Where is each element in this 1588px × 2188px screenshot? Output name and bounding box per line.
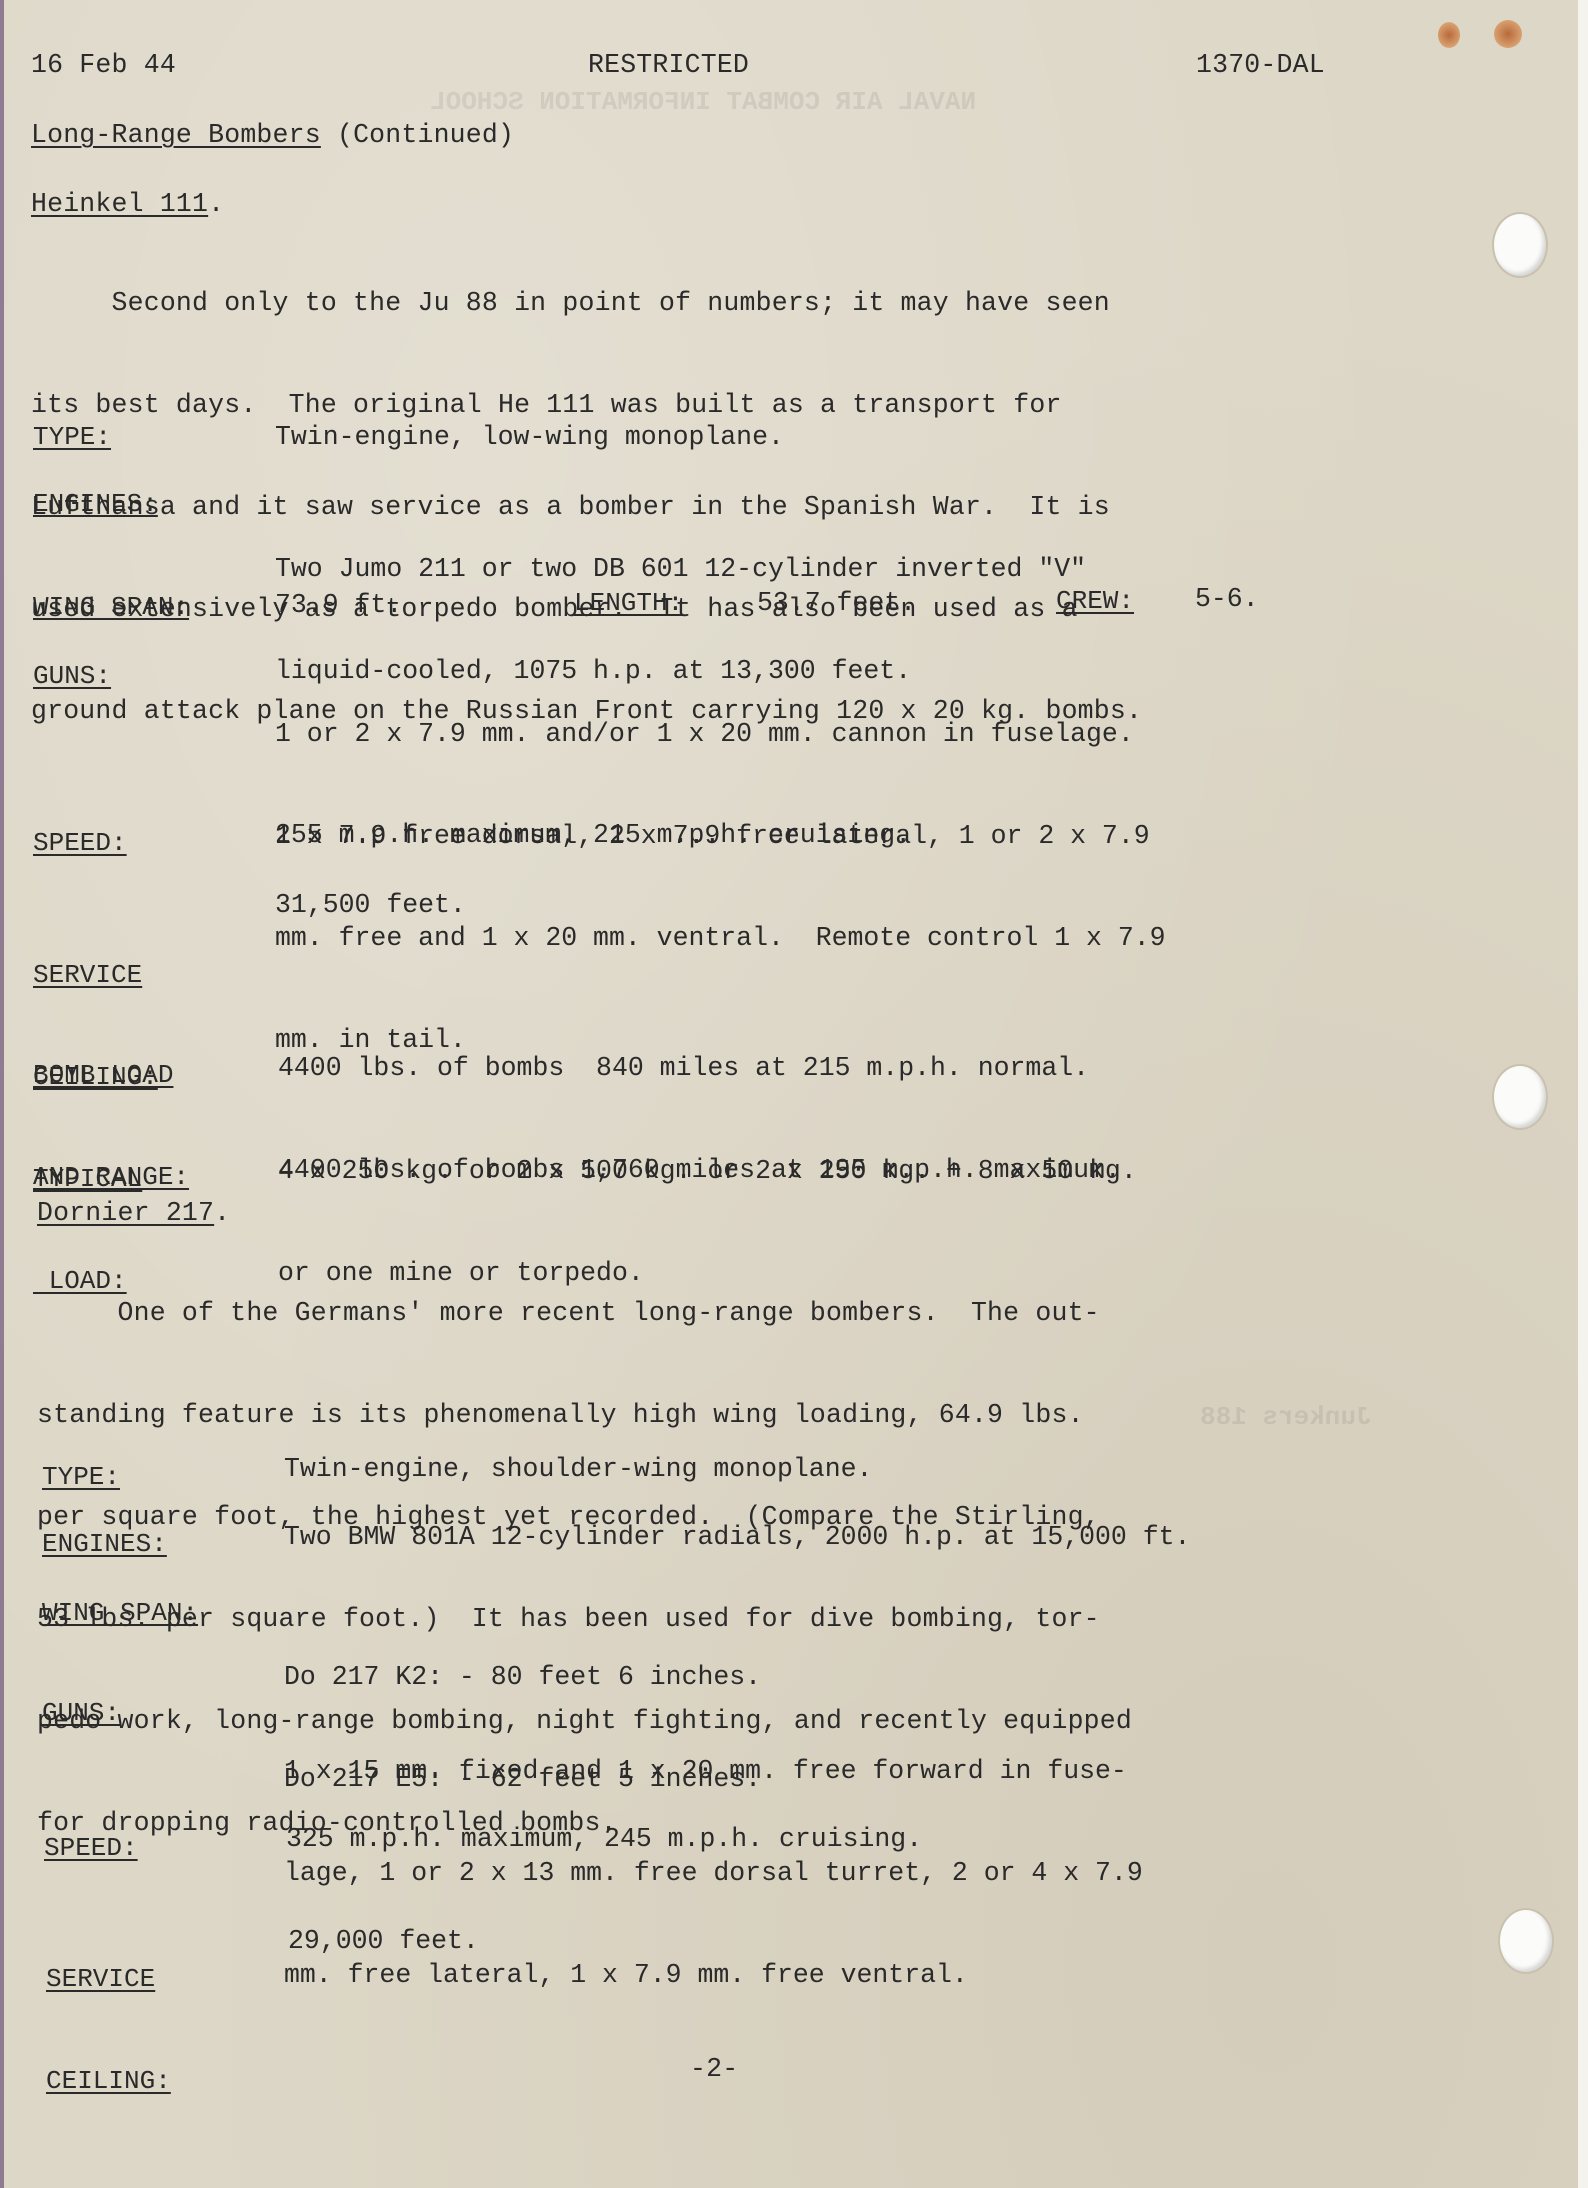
heading-period: . <box>208 189 224 219</box>
value-line: 4 x 250 kg. or 2 x 500 kg. or 2 x 250 kg… <box>278 1154 1137 1188</box>
spec-value-speed: 325 m.p.h. maximum, 245 m.p.h. cruising. <box>286 1822 922 1856</box>
spec-value-engines: Two BMW 801A 12-cylinder radials, 2000 h… <box>284 1520 1190 1554</box>
header-date: 16 Feb 44 <box>31 48 176 82</box>
spec-value-service-ceiling: 29,000 feet. <box>288 1924 479 1958</box>
header-doc-number: 1370-DAL <box>1196 48 1325 82</box>
show-through-text: NAVAL AIR COMBAT INFORMATION SCHOOL <box>430 85 976 119</box>
aircraft-heading-heinkel: Heinkel 111. <box>31 187 224 221</box>
spec-label-guns: GUNS: <box>42 1696 120 1730</box>
show-through-text: Junkers 188 <box>1200 1400 1372 1434</box>
intro-line: its best days. The original He 111 was b… <box>31 388 1142 422</box>
spec-label-wing-span: WING SPAN: <box>33 590 189 624</box>
value-line: mm. free and 1 x 20 mm. ventral. Remote … <box>275 921 1166 955</box>
punch-hole <box>1500 1910 1552 1972</box>
value-line: 1 x 15 mm. fixed and 1 x 20 mm. free for… <box>284 1754 1143 1788</box>
label-line: CEILING: <box>46 2064 171 2098</box>
spec-label-engines: ENGINES: <box>33 487 158 521</box>
label-line: TYPICAL <box>33 1162 142 1196</box>
aircraft-heading-dornier: Dornier 217. <box>37 1196 230 1230</box>
value-line: lage, 1 or 2 x 13 mm. free dorsal turret… <box>284 1856 1143 1890</box>
label-line: BOMB LOAD <box>33 1058 189 1092</box>
aircraft-name: Heinkel 111 <box>31 189 208 219</box>
spec-value-crew: 5-6. <box>1195 582 1259 616</box>
spec-value-length: 53.7 feet. <box>757 586 916 620</box>
intro-line: Second only to the Ju 88 in point of num… <box>31 286 1142 320</box>
spec-value-wing-span: 73.9 ft. <box>275 588 402 622</box>
spec-label-engines: ENGINES: <box>42 1527 167 1561</box>
value-line: Two Jumo 211 or two DB 601 12-cylinder i… <box>275 552 1086 586</box>
punch-hole <box>1494 1066 1546 1128</box>
spec-label-crew: CREW: <box>1056 584 1134 618</box>
aircraft-name: Dornier 217 <box>37 1198 214 1228</box>
spec-label-service-ceiling: SERVICE CEILING: <box>46 1894 171 2132</box>
section-heading: Long-Range Bombers (Continued) <box>31 118 514 152</box>
spec-value-speed: 255 m.p.h. maximum, 215 m.p.h. cruising. <box>275 818 911 852</box>
intro-line: standing feature is its phenomenally hig… <box>37 1398 1132 1432</box>
punch-hole <box>1494 214 1546 276</box>
scan-edge <box>0 0 4 2188</box>
spec-label-type: TYPE: <box>42 1460 120 1494</box>
staple-rust-mark <box>1494 20 1522 48</box>
spec-value-type: Twin-engine, shoulder-wing monoplane. <box>284 1452 872 1486</box>
page-number: -2- <box>690 2052 738 2086</box>
spec-label-type: TYPE: <box>33 420 111 454</box>
value-line: mm. free lateral, 1 x 7.9 mm. free ventr… <box>284 1958 1143 1992</box>
spec-label-guns: GUNS: <box>33 659 111 693</box>
header-classification: RESTRICTED <box>588 48 749 82</box>
spec-value-guns: 1 x 15 mm. fixed and 1 x 20 mm. free for… <box>284 1686 1143 2026</box>
label-line: SERVICE <box>33 958 158 992</box>
spec-label-speed: SPEED: <box>33 826 127 860</box>
spec-value-type: Twin-engine, low-wing monoplane. <box>275 420 784 454</box>
scan-background-edge <box>1578 0 1588 2188</box>
intro-line: One of the Germans' more recent long-ran… <box>37 1296 1132 1330</box>
value-line: 1 or 2 x 7.9 mm. and/or 1 x 20 mm. canno… <box>275 717 1166 751</box>
spec-value-service-ceiling: 31,500 feet. <box>275 888 466 922</box>
spec-label-length: LENGTH: <box>574 586 683 620</box>
staple-rust-mark <box>1438 22 1460 48</box>
section-title: Long-Range Bombers <box>31 120 321 150</box>
spec-label-speed: SPEED: <box>44 1831 138 1865</box>
heading-period: . <box>214 1198 230 1228</box>
spec-label-wing-span: WING SPAN: <box>42 1596 198 1630</box>
value-line: 4400 lbs. of bombs 840 miles at 215 m.p.… <box>278 1051 1121 1085</box>
section-suffix: (Continued) <box>321 120 514 150</box>
label-line: SERVICE <box>46 1962 171 1996</box>
